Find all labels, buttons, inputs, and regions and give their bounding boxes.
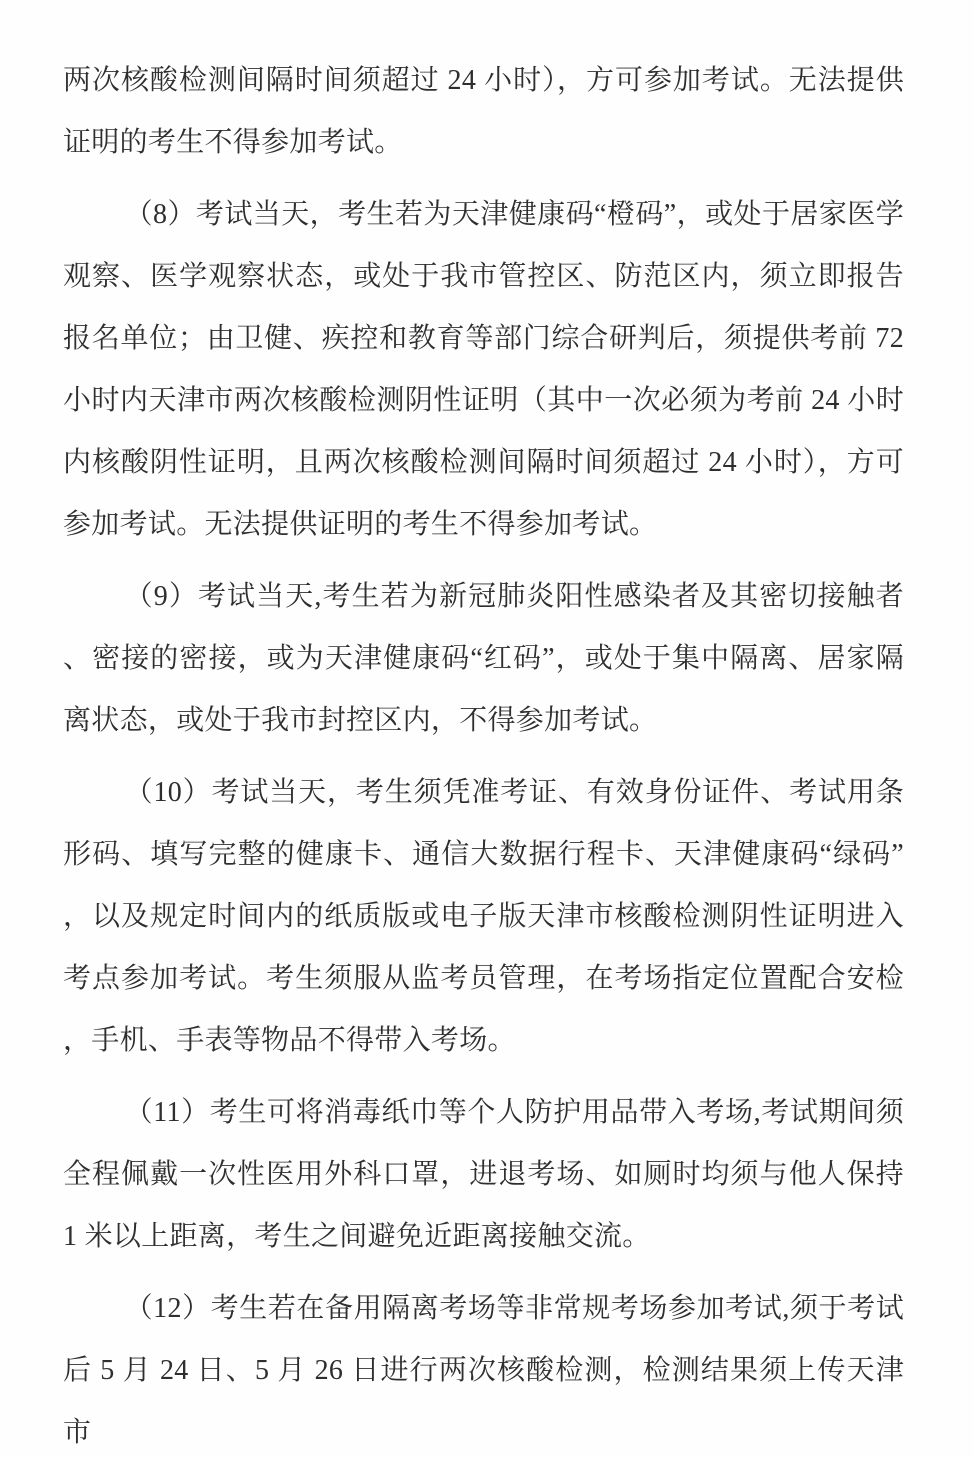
doc-paragraph-continuation: 两次核酸检测间隔时间须超过 24 小时），方可参加考试。无法提供证明的考生不得参…	[63, 50, 904, 174]
doc-paragraph-item-9: （9）考试当天,考生若为新冠肺炎阳性感染者及其密切接触者、密接的密接，或为天津健…	[63, 566, 904, 752]
doc-paragraph-item-11: （11）考生可将消毒纸巾等个人防护用品带入考场,考试期间须全程佩戴一次性医用外科…	[63, 1082, 904, 1268]
doc-paragraph-item-8: （8）考试当天，考生若为天津健康码“橙码”，或处于居家医学观察、医学观察状态，或…	[63, 184, 904, 556]
document-page: 两次核酸检测间隔时间须超过 24 小时），方可参加考试。无法提供证明的考生不得参…	[0, 0, 974, 1457]
doc-paragraph-item-12: （12）考生若在备用隔离考场等非常规考场参加考试,须于考试后 5 月 24 日、…	[63, 1278, 904, 1457]
doc-paragraph-item-10: （10）考试当天，考生须凭准考证、有效身份证件、考试用条形码、填写完整的健康卡、…	[63, 762, 904, 1072]
